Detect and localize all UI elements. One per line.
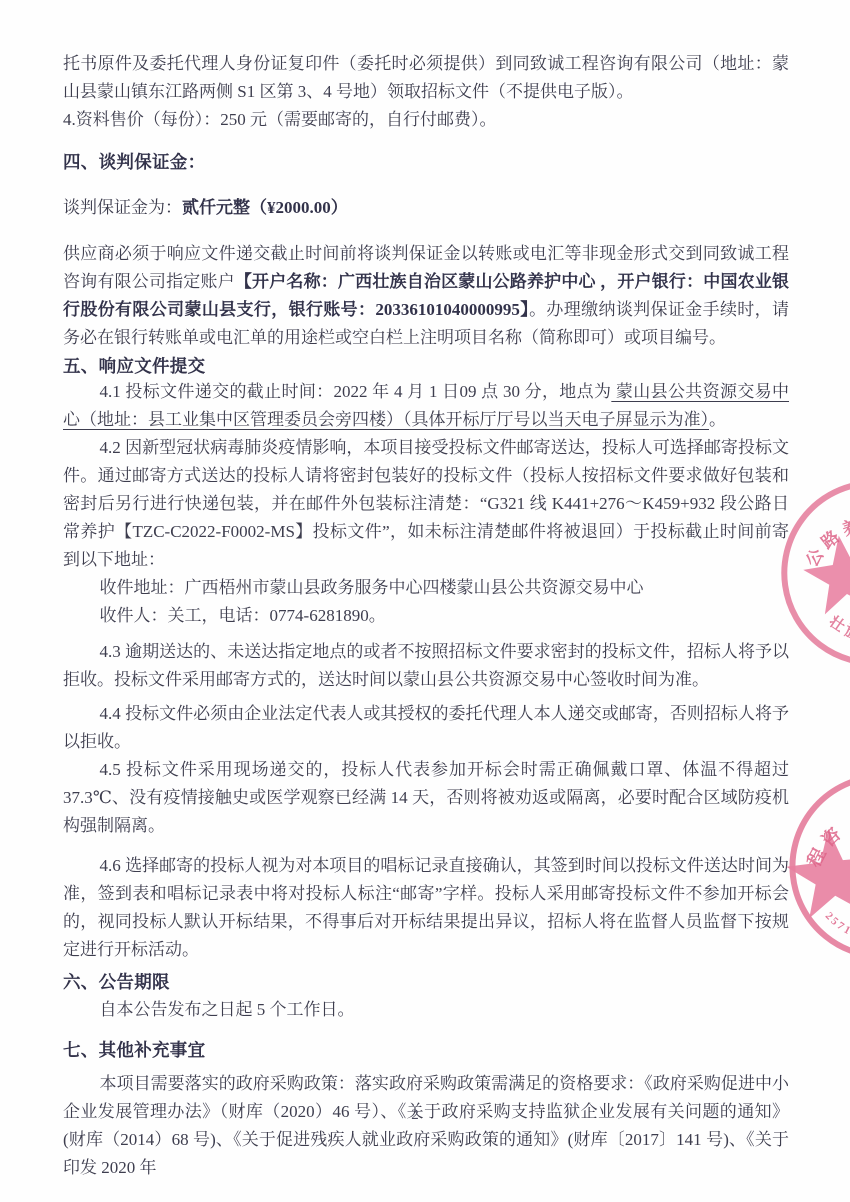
recipient-contact-line: 收件人：关工，电话：0774-6281890。 — [63, 602, 789, 630]
document-body: 托书原件及委托代理人身份证复印件（委托时必须提供）到同致诚工程咨询有限公司（地址… — [63, 50, 789, 1182]
deposit-amount-line: 谈判保证金为：贰仟元整（¥2000.00） — [63, 194, 789, 222]
deposit-prefix: 谈判保证金为： — [63, 198, 182, 217]
seal-arc-bottom-text: 壮族自治 — [824, 605, 850, 653]
section-6-heading: 六、公告期限 — [63, 970, 789, 994]
svg-text:25719861: 25719861 — [822, 905, 850, 951]
seal-arc-top-text: 程咨 — [799, 818, 850, 872]
section-5-heading: 五、响应文件提交 — [63, 354, 789, 378]
clause-4-1-pre: 4.1 投标文件递交的截止时间：2022 年 4 月 1 日09 点 30 分，… — [100, 382, 612, 401]
seal-arc-top-text: 公路养护 — [797, 509, 850, 572]
page-number: 2 — [0, 1107, 830, 1124]
clause-4-2: 4.2 因新型冠状病毒肺炎疫情影响，本项目接受投标文件邮寄送达，投标人可选择邮寄… — [63, 434, 789, 574]
clause-4-4: 4.4 投标文件必须由企业法定代表人或其授权的委托代理人本人递交或邮寄，否则招标… — [63, 700, 789, 756]
seal-ring — [784, 768, 850, 966]
deposit-amount: 贰仟元整（¥2000.00） — [182, 198, 348, 217]
document-page: 托书原件及委托代理人身份证复印件（委托时必须提供）到同致诚工程咨询有限公司（地址… — [0, 0, 850, 1202]
section-6-body: 自本公告发布之日起 5 个工作日。 — [63, 996, 789, 1024]
svg-text:壮族自治: 壮族自治 — [824, 605, 850, 653]
seal-serial-digits: 25719861 — [822, 905, 850, 951]
clause-4-1-post: 。 — [709, 410, 726, 429]
svg-text:公路养护: 公路养护 — [797, 509, 850, 572]
material-price-line: 4.资料售价（每份）：250 元（需要邮寄的，自行付邮费）。 — [63, 106, 789, 134]
clause-4-3: 4.3 逾期送达的、未送达指定地点的或者不按照招标文件要求密封的投标文件，招标人… — [63, 638, 789, 694]
clause-4-6: 4.6 选择邮寄的投标人视为对本项目的唱标记录直接确认，其签到时间以投标文件送达… — [63, 852, 789, 964]
intro-continuation-paragraph: 托书原件及委托代理人身份证复印件（委托时必须提供）到同致诚工程咨询有限公司（地址… — [63, 50, 789, 106]
deposit-account-paragraph: 供应商必须于响应文件递交截止时间前将谈判保证金以转账或电汇等非现金形式交到同致诚… — [63, 240, 789, 352]
star-icon — [799, 530, 850, 616]
recipient-address-line: 收件地址：广西梧州市蒙山县政务服务中心四楼蒙山县公共资源交易中心 — [63, 574, 789, 602]
section-4-heading: 四、谈判保证金： — [63, 150, 789, 174]
section-7-body: 本项目需要落实的政府采购政策：落实政府采购政策需满足的资格要求：《政府采购促进中… — [63, 1070, 789, 1182]
section-7-heading: 七、其他补充事宜 — [63, 1038, 789, 1062]
clause-4-5: 4.5 投标文件采用现场递交的，投标人代表参加开标会时需正确佩戴口罩、体温不得超… — [63, 756, 789, 840]
star-icon — [783, 824, 850, 920]
svg-text:程咨: 程咨 — [799, 818, 850, 872]
clause-4-1: 4.1 投标文件递交的截止时间：2022 年 4 月 1 日09 点 30 分，… — [63, 378, 789, 434]
